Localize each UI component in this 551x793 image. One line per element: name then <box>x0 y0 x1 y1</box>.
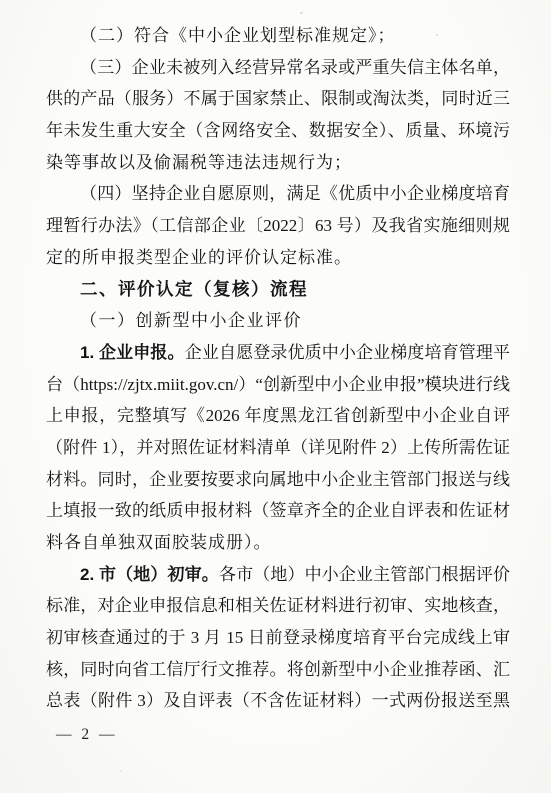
text-line: 二、评价认定（复核）流程 <box>46 274 510 306</box>
text-line: 核，同时向省工信厅行文推荐。将创新型中小企业推荐函、汇 <box>46 654 510 686</box>
scan-speck <box>300 12 303 14</box>
text-line: 年未发生重大安全（含网络安全、数据安全）、质量、环境污 <box>46 115 510 147</box>
text-segment: 理暂行办法》（工信部企业〔2022〕63 号）及我省实施细则规 <box>46 216 510 235</box>
text-segment: （四）坚持企业自愿原则，满足《优质中小企业梯度培育管 <box>80 184 510 210</box>
text-segment: 总表（附件 3）及自评表（不含佐证材料）一式两份报送至黑龙 <box>46 691 510 717</box>
text-line: 总表（附件 3）及自评表（不含佐证材料）一式两份报送至黑龙 <box>46 685 510 717</box>
text-segment: 定的所申报类型企业的评价认定标准。 <box>46 248 352 267</box>
text-segment: 各市（地）中小企业主管部门根据评价 <box>219 565 510 584</box>
text-line: 上申报，完整填写《2026 年度黑龙江省创新型中小企业自评表》 <box>46 400 510 432</box>
text-segment: 标准，对企业申报信息和相关佐证材料进行初审、实地核查， <box>46 596 510 615</box>
text-segment: 核，同时向省工信厅行文推荐。将创新型中小企业推荐函、汇 <box>46 660 510 679</box>
text-segment: 供的产品（服务）不属于国家禁止、限制或淘汰类，同时近三 <box>46 89 510 108</box>
text-line: 理暂行办法》（工信部企业〔2022〕63 号）及我省实施细则规 <box>46 210 510 242</box>
text-line: 料各自单独双面胶装成册）。 <box>46 527 510 559</box>
text-segment: 企业自愿登录优质中小企业梯度培育管理平 <box>185 343 510 362</box>
text-line: 台（https://zjtx.miit.gov.cn/）“创新型中小企业申报”模… <box>46 369 510 401</box>
text-line: 上填报一致的纸质申报材料（签章齐全的企业自评表和佐证材 <box>46 495 510 527</box>
text-segment: （二）符合《中小企业划型标准规定》； <box>80 26 396 45</box>
bold-text-segment: 2. 市（地）初审。 <box>80 565 219 584</box>
text-segment: （三）企业未被列入经营异常名录或严重失信主体名单，提 <box>80 58 510 84</box>
text-segment: 年未发生重大安全（含网络安全、数据安全）、质量、环境污 <box>46 121 510 140</box>
bold-text-segment: 1. 企业申报。 <box>80 343 185 362</box>
text-segment: 材料。同时，企业要按要求向属地中小企业主管部门报送与线 <box>46 470 510 489</box>
text-line: （三）企业未被列入经营异常名录或严重失信主体名单，提 <box>46 52 510 84</box>
page-number: — 2 — <box>56 726 118 744</box>
text-segment: 上填报一致的纸质申报材料（签章齐全的企业自评表和佐证材 <box>46 501 510 520</box>
text-line: （附件 1），并对照佐证材料清单（详见附件 2）上传所需佐证 <box>46 432 510 464</box>
text-line: 材料。同时，企业要按要求向属地中小企业主管部门报送与线 <box>46 464 510 496</box>
text-segment: （一）创新型中小企业评价 <box>80 311 302 330</box>
text-segment: 料各自单独双面胶装成册）。 <box>46 533 272 552</box>
text-line: 供的产品（服务）不属于国家禁止、限制或淘汰类，同时近三 <box>46 83 510 115</box>
text-line: 标准，对企业申报信息和相关佐证材料进行初审、实地核查， <box>46 590 510 622</box>
text-line: （二）符合《中小企业划型标准规定》； <box>46 20 510 52</box>
text-line: 初审核查通过的于 3 月 15 日前登录梯度培育平台完成线上审 <box>46 622 510 654</box>
text-segment: 台（https://zjtx.miit.gov.cn/）“创新型中小企业申报”模… <box>46 375 510 394</box>
text-segment: 染等事故以及偷漏税等违法违规行为； <box>46 153 352 172</box>
bold-text-segment: 二、评价认定（复核）流程 <box>80 279 308 299</box>
text-segment: （附件 1），并对照佐证材料清单（详见附件 2）上传所需佐证 <box>46 438 510 457</box>
text-line: （四）坚持企业自愿原则，满足《优质中小企业梯度培育管 <box>46 178 510 210</box>
document-page: （二）符合《中小企业划型标准规定》；（三）企业未被列入经营异常名录或严重失信主体… <box>0 0 551 793</box>
text-line: 2. 市（地）初审。各市（地）中小企业主管部门根据评价 <box>46 559 510 591</box>
text-line: 定的所申报类型企业的评价认定标准。 <box>46 242 510 274</box>
document-body: （二）符合《中小企业划型标准规定》；（三）企业未被列入经营异常名录或严重失信主体… <box>46 20 510 717</box>
text-line: 染等事故以及偷漏税等违法违规行为； <box>46 147 510 179</box>
text-segment: 上申报，完整填写《2026 年度黑龙江省创新型中小企业自评表》 <box>46 406 510 432</box>
text-line: 1. 企业申报。企业自愿登录优质中小企业梯度培育管理平 <box>46 337 510 369</box>
text-segment: 初审核查通过的于 3 月 15 日前登录梯度培育平台完成线上审 <box>46 628 510 647</box>
text-line: （一）创新型中小企业评价 <box>46 305 510 337</box>
scan-speck <box>120 770 122 772</box>
